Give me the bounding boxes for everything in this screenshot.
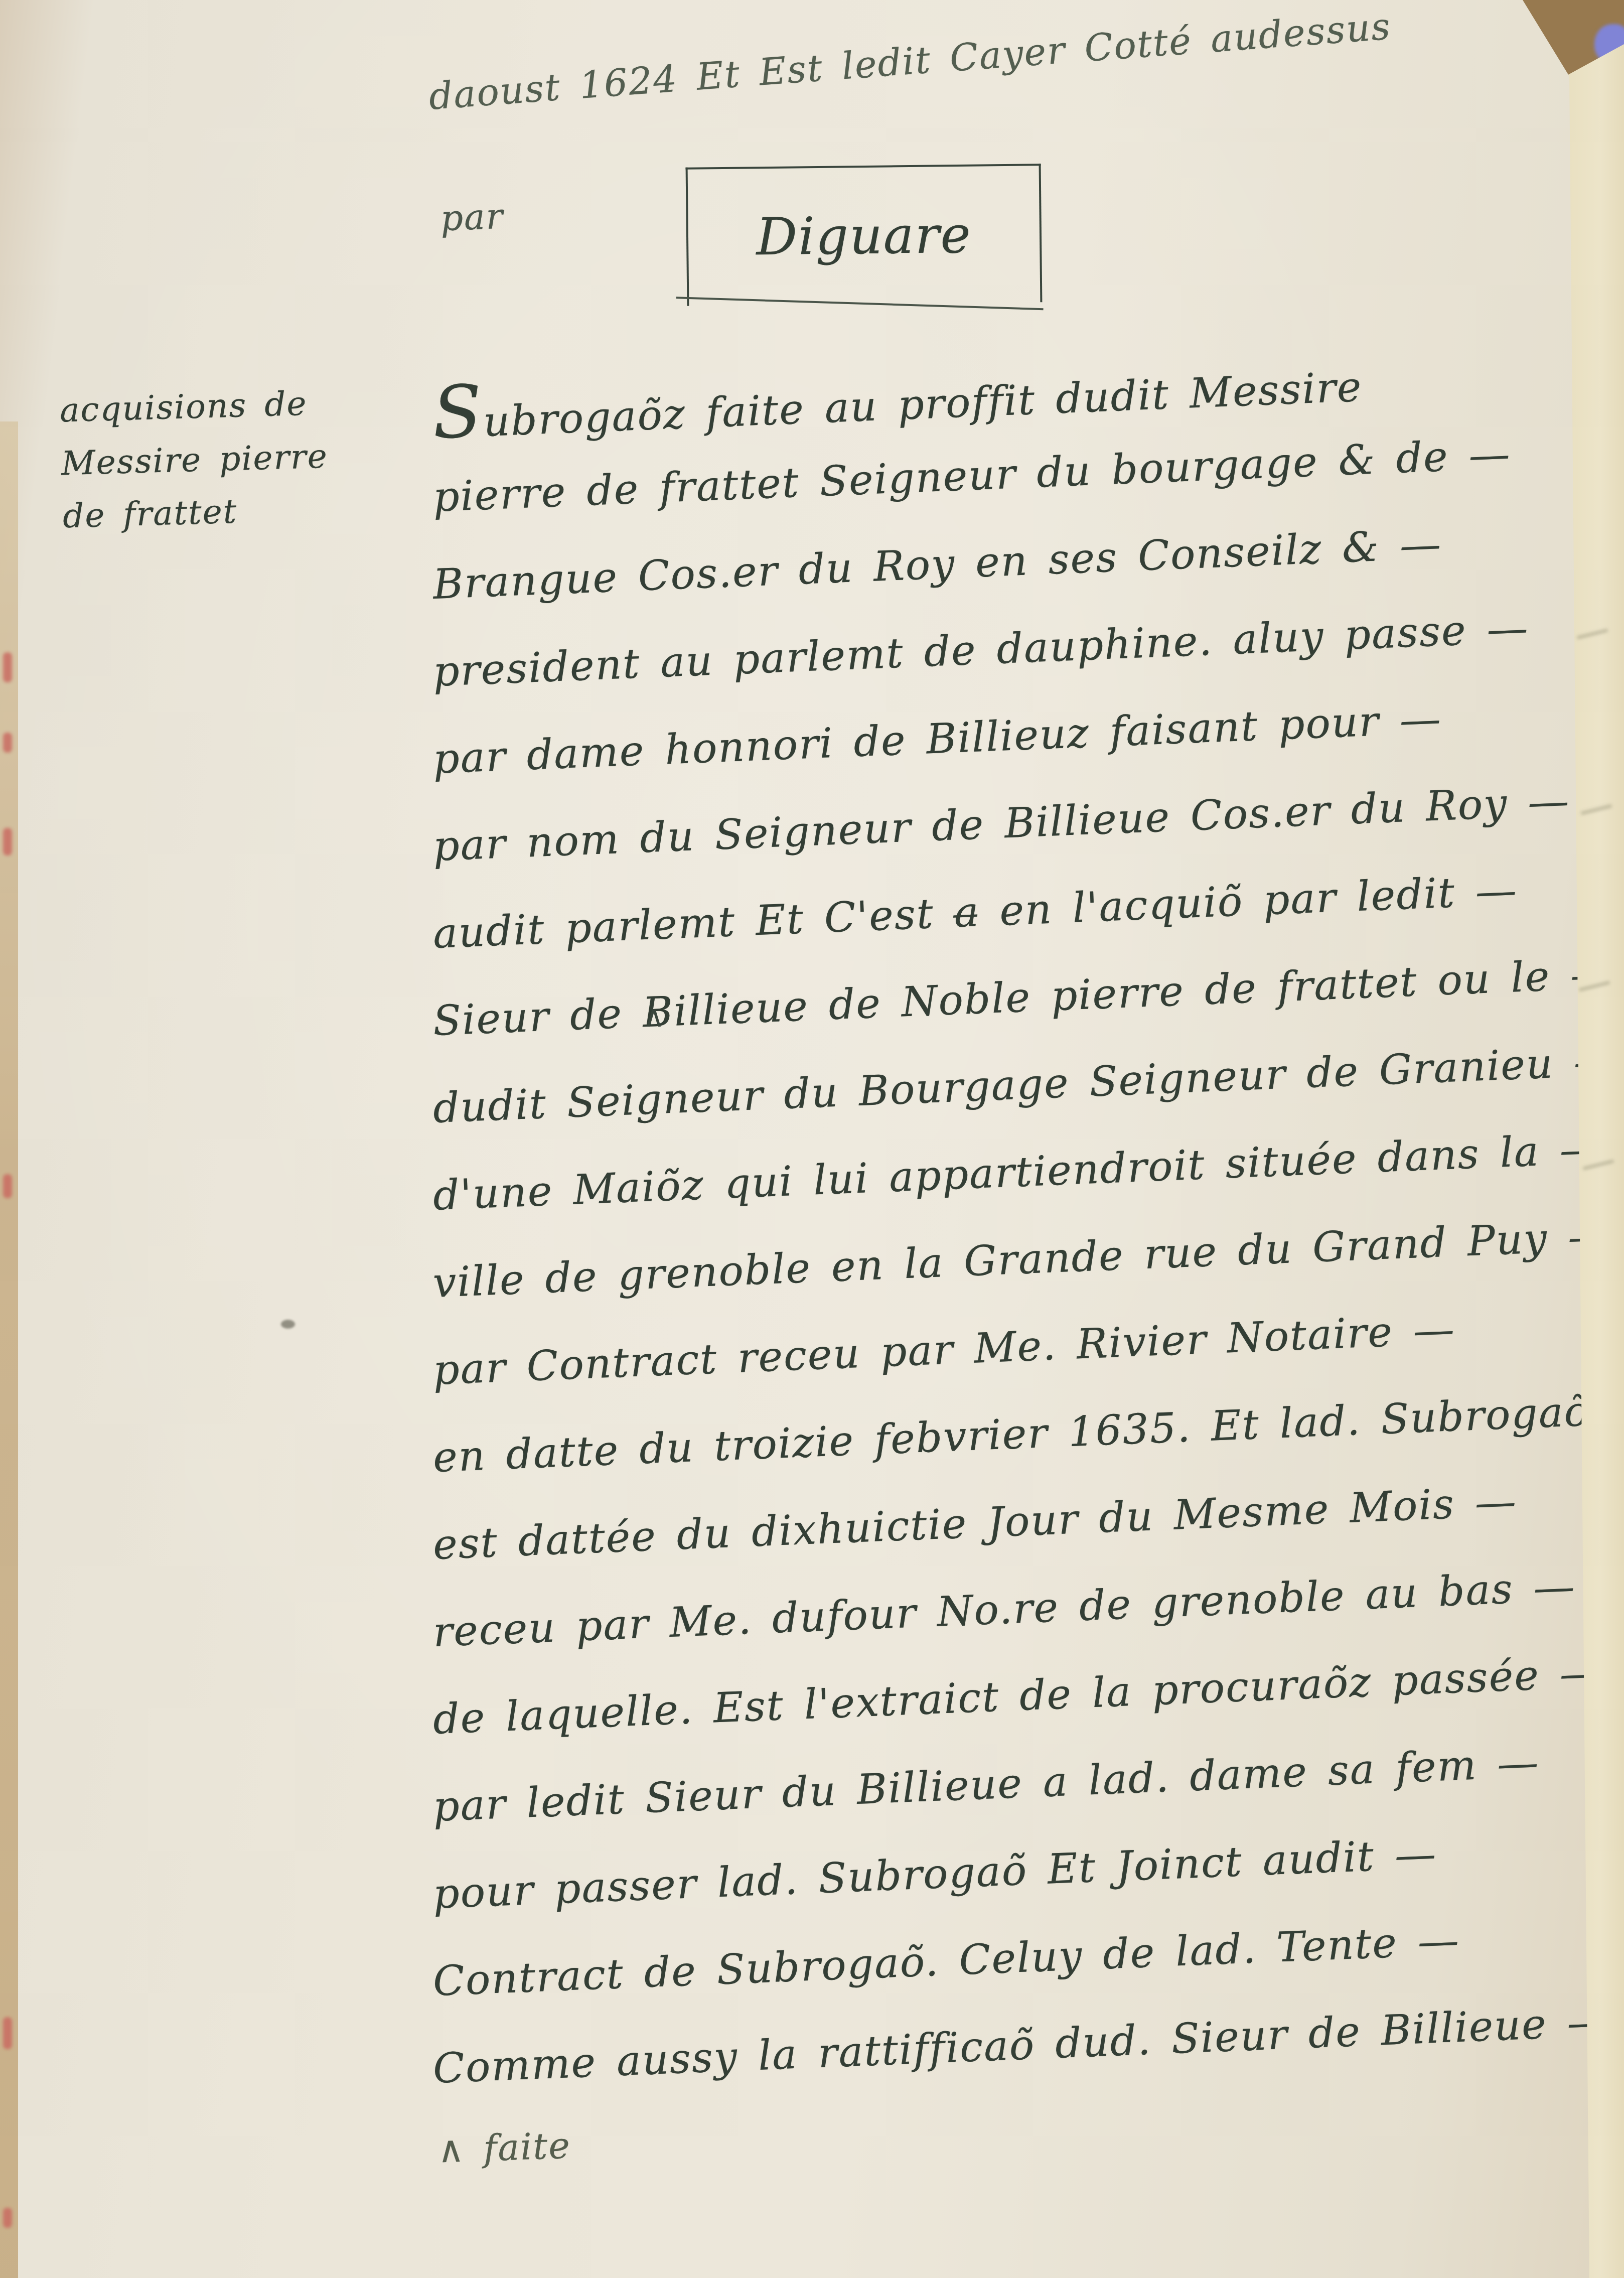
manuscript-line: receu par Me. dufour No.re de grenoble a…: [432, 1563, 1576, 1656]
manuscript-line: par ledit Sieur du Billieue a lad. dame …: [432, 1739, 1540, 1831]
manuscript-line: Contract de Subrogaõ. Celuy de lad. Tent…: [432, 1917, 1460, 2006]
red-wax-mark: [3, 652, 12, 682]
manuscript-line: ville de grenoble en la Grande rue du Gr…: [432, 1212, 1611, 1307]
manuscript-line: par Contract receu par Me. Rivier Notair…: [432, 1306, 1456, 1394]
manuscript-line: par nom du Seigneur de Billieue Cos.er d…: [432, 777, 1571, 871]
par-word: par: [440, 196, 505, 239]
red-wax-mark: [3, 1174, 12, 1198]
manuscript-line: Comme aussy la rattifficaõ dud. Sieur de…: [432, 1998, 1610, 2093]
red-wax-mark: [3, 2208, 12, 2228]
manuscript-line: Subrogaõz faite au proffit dudit Messire: [431, 349, 1363, 448]
manuscript-line: est dattée du dixhuictie Jour du Mesme M…: [432, 1478, 1518, 1569]
red-wax-mark: [3, 733, 12, 753]
manuscript-line: en datte du troizie febvrier 1635. Et la…: [432, 1384, 1624, 1482]
manuscript-line: pour passer lad. Subrogaõ Et Joinct audi…: [432, 1830, 1438, 1918]
manuscript-photo: daoust 1624 Et Est ledit Cayer Cotté aud…: [0, 0, 1624, 2278]
insertion-line: ∧ faite: [437, 2124, 572, 2171]
manuscript-line: par dame honnori de Billieuz faisant pou…: [432, 695, 1442, 783]
margin-note-line: Messire pierre: [61, 430, 329, 490]
manuscript-line: de laquelle. Est l'extraict de la procur…: [432, 1649, 1602, 1744]
manuscript-line: Sieur de Billieue de Noble pierre de fra…: [432, 950, 1613, 1045]
manuscript-line: dudit Seigneur du Bourgage Seigneur de G…: [432, 1037, 1616, 1132]
manuscript-line: audit parlemt Et C'est a̶ en l'acquiõ pa…: [432, 867, 1518, 958]
header-date-line: daoust 1624 Et Est ledit Cayer Cotté aud…: [427, 5, 1393, 118]
manuscript-line: d'une Maiõz qui lui appartiendroit situé…: [432, 1125, 1602, 1220]
box-underline: [676, 297, 1044, 310]
manuscript-line: Brangue Cos.er du Roy en ses Conseilz & …: [432, 520, 1443, 609]
boxed-word: Diguare: [756, 205, 972, 266]
ink-speck: [281, 1320, 295, 1329]
manuscript-line: president au parlemt de dauphine. aluy p…: [432, 604, 1530, 696]
binding-gutter: [0, 421, 18, 2278]
insertion-caret: ∧: [643, 1000, 664, 1034]
manuscript-page: daoust 1624 Et Est ledit Cayer Cotté aud…: [0, 0, 1624, 2278]
margin-note-line: acquisions de: [59, 377, 327, 437]
margin-note: acquisions de Messire pierre de frattet: [59, 377, 330, 543]
red-wax-mark: [3, 2017, 12, 2049]
margin-note-line: de frattet: [62, 483, 330, 543]
red-wax-mark: [3, 828, 12, 856]
manuscript-line: pierre de frattet Seigneur du bourgage &…: [432, 431, 1512, 521]
signature-box: Diguare: [686, 164, 1043, 306]
